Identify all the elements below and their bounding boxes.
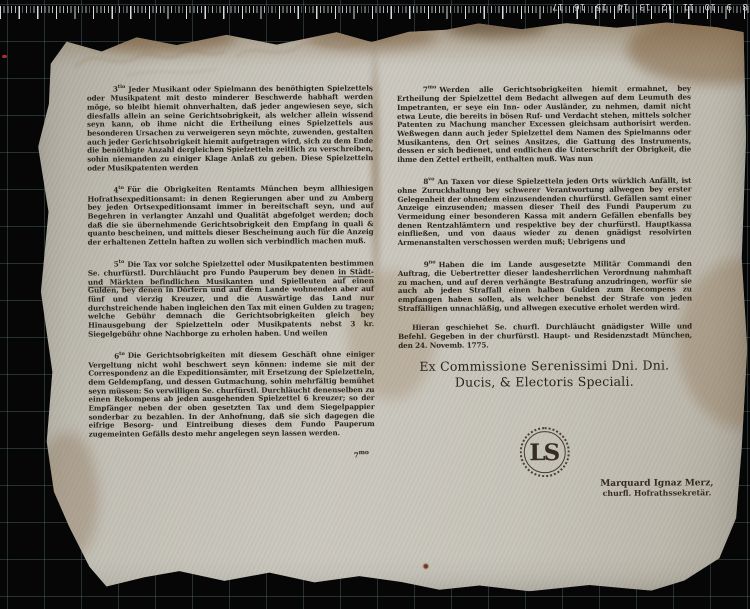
paragraph-number: 3tio [113,85,126,94]
decree-paragraph-5: 5toDie Tax vor solche Spielzettel oder M… [88,257,374,339]
ruler: 8 9 10 11 12 13 14 15 16 17 [0,0,750,22]
ruler-numbers: 8 9 10 11 12 13 14 15 16 17 [552,0,748,11]
paragraph-number: 9no [424,260,436,269]
commission-line-1: Ex Commissione Serenissimi Dni. Dni. [418,358,670,375]
signature-block: Marquard Ignaz Merz, churfl. Hofrathssek… [567,478,747,498]
ruler-number: 10 [704,0,715,11]
ink-spot [423,564,428,569]
ruler-number: 14 [617,0,628,11]
right-page-text-column: 7moWerden alle Gerichtsobrigkeiten hiemi… [397,82,693,390]
ruler-number: 16 [574,0,585,11]
ruler-number: 12 [661,0,672,11]
ruler-number: 17 [552,0,563,11]
signature-title: churfl. Hofrathssekretär. [567,488,747,498]
paragraph-text: Die Tax vor solche Spielzettel oder Musi… [88,258,374,277]
catchword: 7mo [89,449,375,462]
ruler-number: 11 [683,0,694,11]
decree-paragraph-4: 4toFür die Obrigkeiten Rentamts München … [87,183,373,248]
decree-paragraph-3: 3tioJeder Musikant oder Spielmann des be… [87,82,373,173]
ruler-number: 9 [726,0,732,11]
ruler-number: 13 [639,0,650,11]
ruler-number: 15 [596,0,607,11]
decree-paragraph-7: 7moWerden alle Gerichtsobrigkeiten hiemi… [397,82,691,164]
paragraph-text: Werden alle Gerichtsobrigkeiten hiemit e… [397,84,691,164]
paragraph-number: 7mo [423,85,437,94]
commission-line-2: Ducis, & Electoris Speciali. [418,373,670,390]
ruler-number: 8 [742,0,748,11]
decree-paragraph-9: 9noHaben die im Lande ausgesetzte Militä… [398,257,692,313]
decree-paragraph-6: 6toDie Gerichtsobrigkeiten mit diesem Ge… [88,349,374,440]
paragraph-text: Haben die im Lande ausgesetzte Militär C… [398,259,692,313]
left-page-text-column: 3tioJeder Musikant oder Spielmann des be… [87,82,375,461]
paragraph-text: Für die Obrigkeiten Rentamts München bey… [87,184,373,247]
paragraph-text: und Spielleuten auf einen Gulden, bey de… [88,276,374,339]
ink-bleedthrough-handwriting [67,26,397,84]
photo-stage: 8 9 10 11 12 13 14 15 16 17 [0,0,750,609]
commission-formula: Ex Commissione Serenissimi Dni. Dni. Duc… [418,358,670,390]
mat-red-speck [2,55,7,58]
paragraph-text: An Taxen vor diese Spielzetteln jeden Or… [397,176,691,247]
paragraph-number: 6to [114,351,125,360]
paragraph-number: 4to [113,185,124,194]
seal-monogram: LS [529,441,560,464]
paragraph-number: 8vo [423,177,434,186]
closing-formula: Hieran geschiehet Se. churfl. Durchläuch… [398,323,692,351]
locus-sigilli-seal: LS [520,427,570,477]
stain-top-right [626,12,750,85]
paragraph-text: Die Gerichtsobrigkeiten mit diesem Gesch… [88,350,374,439]
document-paper: 3tioJeder Musikant oder Spielmann des be… [26,18,750,597]
paragraph-number: 5to [114,260,125,269]
paragraph-text: Jeder Musikant oder Spielmann des benöth… [87,83,373,172]
decree-paragraph-8: 8voAn Taxen vor diese Spielzetteln jeden… [397,174,691,248]
